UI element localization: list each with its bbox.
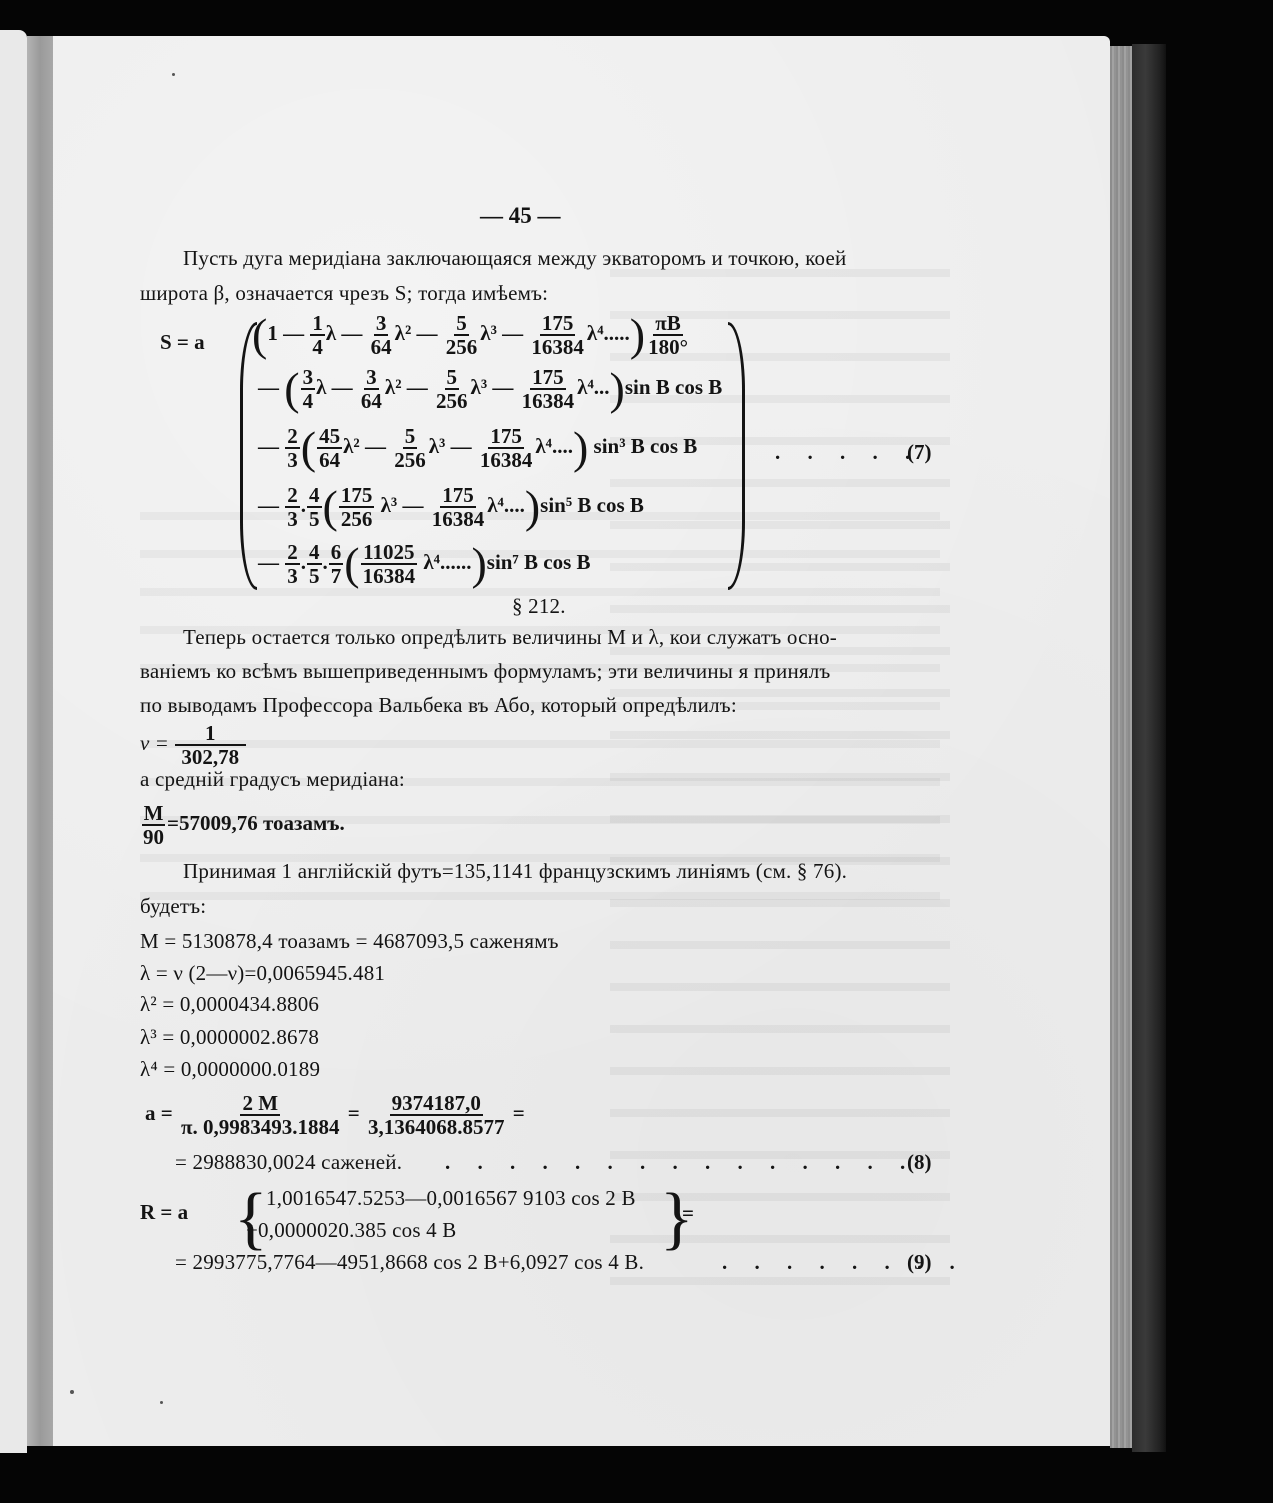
formula-7-row-4: — 23.45(175256 λ³ — 17516384λ⁴....)sin⁵ …	[258, 484, 644, 530]
formula-9-row-2: +0,0000020.385 cos 4 B	[246, 1218, 457, 1243]
page-number: — 45 —	[480, 203, 561, 229]
value-lambda-3: λ³ = 0,0000002.8678	[140, 1025, 319, 1050]
scan-speck	[172, 73, 175, 76]
intro-line-2: широта β, означается чрезъ S; тогда имѣе…	[140, 281, 548, 306]
value-lambda: λ = ν (2—ν)=0,0065945.481	[140, 961, 385, 986]
formula-9-row-3: = 2993775,7764—4951,8668 cos 2 B+6,0927 …	[175, 1250, 644, 1275]
formula-7-leader: . . . . .	[775, 440, 921, 465]
formula-9-lhs: R = a	[140, 1200, 188, 1225]
scan-speck	[160, 1401, 163, 1404]
formula-8-leader: . . . . . . . . . . . . . . .	[445, 1150, 916, 1175]
section-heading: § 212.	[512, 594, 566, 619]
formula-7-row-3: — 23(4564λ² — 5256λ³ — 17516384λ⁴....) s…	[258, 425, 697, 471]
value-lambda-4: λ⁴ = 0,0000000.0189	[140, 1057, 320, 1082]
mean-degree-label: а среднiй градусъ меридіана:	[140, 767, 405, 792]
book-gutter	[27, 36, 53, 1446]
formula-8-row-1: a = 2 Mπ. 0,9983493.1884 = 9374187,03,13…	[145, 1092, 525, 1138]
formula-7-lhs: S = a	[160, 330, 205, 355]
equation-number-7: (7)	[907, 440, 932, 465]
page-fore-edge	[1110, 46, 1132, 1448]
equation-number-8: (8)	[907, 1150, 932, 1175]
formula-9-equals: =	[682, 1201, 694, 1226]
formula-7-row-2: — (34λ — 364λ² — 5256λ³ — 17516384λ⁴...)…	[258, 366, 722, 412]
nu-definition: ν = 1302,78	[140, 722, 247, 768]
formula-7-row-5: — 23.45.67(1102516384 λ⁴......)sin⁷ B co…	[258, 541, 591, 587]
value-lambda-2: λ² = 0,0000434.8806	[140, 992, 319, 1017]
facing-page-edge	[0, 30, 27, 1453]
para-2-line-1: Теперь остается только опредѣлить величи…	[183, 625, 837, 650]
formula-8-row-2: = 2988830,0024 саженей.	[175, 1150, 402, 1175]
formula-7-right-bracket	[728, 322, 745, 590]
equation-number-9: (9)	[907, 1250, 932, 1275]
para-2-line-3: по выводамъ Профессора Вальбека въ Або, …	[140, 693, 737, 718]
m-over-90-equation: M90=57009,76 тоазамъ.	[140, 802, 345, 848]
formula-9-row-1: 1,0016547.5253—0,0016567 9103 cos 2 B	[266, 1186, 636, 1211]
para-3-line-2: будетъ:	[140, 894, 206, 919]
value-M: M = 5130878,4 тоазамъ = 4687093,5 саженя…	[140, 929, 559, 954]
book-cover-edge	[1132, 44, 1166, 1452]
scan-speck	[70, 1390, 74, 1394]
formula-7-left-bracket	[240, 322, 257, 590]
formula-7-row-1: (1 — 14λ — 364λ² — 5256λ³ — 17516384λ⁴..…	[252, 312, 691, 358]
para-3-line-1: Принимая 1 англійскій футъ=135,1141 фран…	[183, 859, 847, 884]
intro-line-1: Пусть дуга меридіана заключающаяся между…	[183, 246, 846, 271]
para-2-line-2: ваніемъ ко всѣмъ вышеприведеннымъ формул…	[140, 659, 831, 684]
